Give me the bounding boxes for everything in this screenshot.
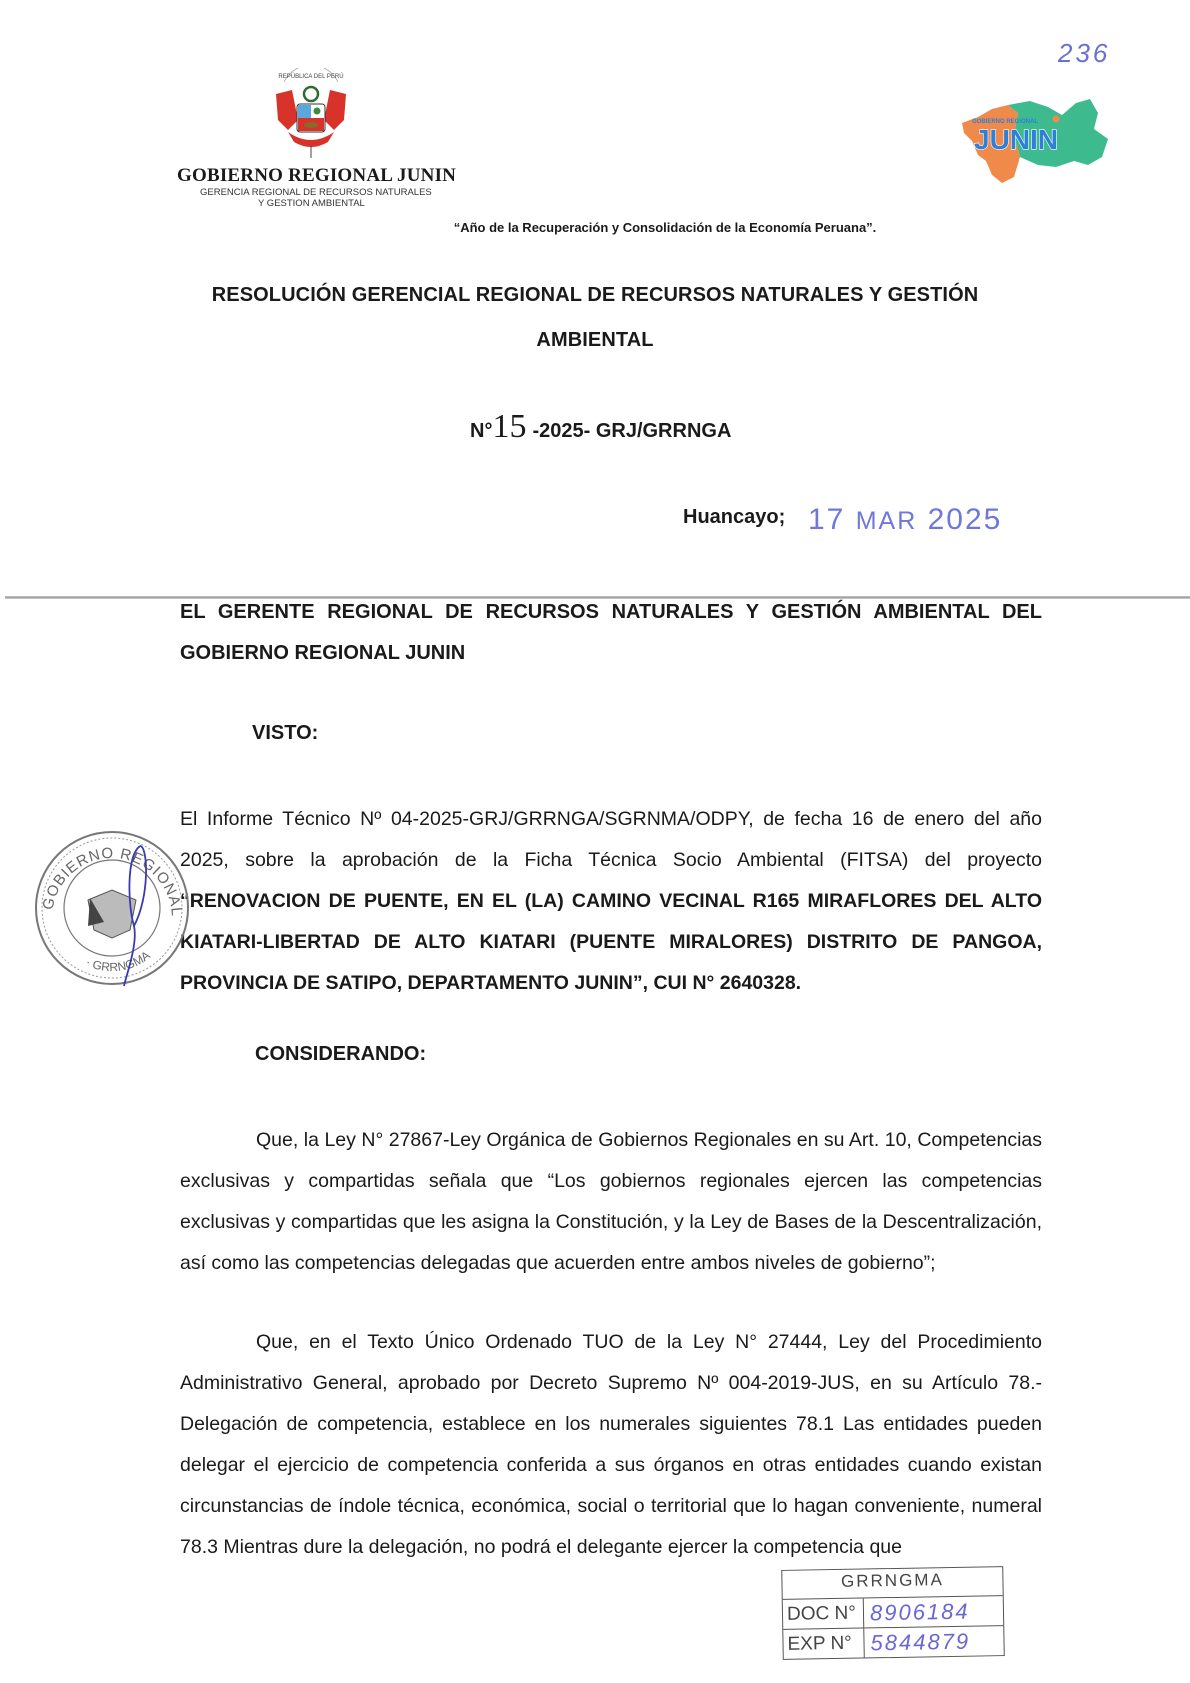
registry-exp-value: 5844879: [864, 1628, 970, 1656]
regional-seal-icon: GOBIERNO REGIONAL JUNIN · GRRNGMA: [30, 826, 194, 990]
document-title-line2: AMBIENTAL: [0, 329, 1190, 352]
considerando-paragraph: Que, en el Texto Único Ordenado TUO de l…: [180, 1322, 1042, 1568]
date-stamp: 17 MAR 2025: [808, 503, 1002, 537]
resolution-number: N°15-2025- GRJ/GRRNGA: [470, 408, 731, 446]
date-stamp-month: MAR: [856, 507, 918, 535]
department-name-line1: GERENCIA REGIONAL DE RECURSOS NATURALES: [200, 187, 432, 198]
peru-coat-of-arms-icon: REPÚBLICA DEL PERÚ: [270, 68, 352, 160]
considerando-paragraph: Que, la Ley N° 27867-Ley Orgánica de Gob…: [180, 1120, 1042, 1284]
issuing-authority-line2: GOBIERNO REGIONAL JUNIN: [180, 642, 465, 664]
department-name-line2: Y GESTION AMBIENTAL: [258, 198, 365, 209]
considerando-heading: CONSIDERANDO:: [255, 1043, 426, 1066]
svg-text:JUNIN: JUNIN: [974, 124, 1058, 155]
visto-heading: VISTO:: [252, 722, 318, 745]
junin-regional-logo-icon: GOBIERNO REGIONAL JUNIN: [958, 95, 1118, 187]
registry-exp-label: EXP N°: [783, 1629, 864, 1659]
registry-doc-row: DOC N° 8906184: [783, 1596, 1003, 1630]
year-motto: “Año de la Recuperación y Consolidación …: [0, 220, 1190, 235]
document-title-line1: RESOLUCIÓN GERENCIAL REGIONAL DE RECURSO…: [0, 284, 1190, 307]
issuing-authority-line1: EL GERENTE REGIONAL DE RECURSOS NATURALE…: [180, 592, 1042, 633]
project-name: “RENOVACION DE PUENTE, EN EL (LA) CAMINO…: [180, 890, 1042, 994]
issuing-authority: EL GERENTE REGIONAL DE RECURSOS NATURALE…: [180, 592, 1042, 674]
folio-number: 236: [1058, 38, 1110, 69]
registry-office: GRRNGMA: [782, 1567, 1002, 1600]
registry-doc-value: 8906184: [864, 1598, 970, 1626]
visto-paragraph: El Informe Técnico Nº 04-2025-GRJ/GRRNGA…: [180, 799, 1042, 1004]
resolution-number-value: 15: [492, 408, 526, 445]
place-label: Huancayo;: [683, 506, 785, 529]
registry-doc-label: DOC N°: [783, 1599, 864, 1629]
date-stamp-day: 17: [808, 503, 845, 536]
svg-text:REPÚBLICA DEL PERÚ: REPÚBLICA DEL PERÚ: [278, 73, 343, 80]
registry-stamp: GRRNGMA DOC N° 8906184 EXP N° 5844879: [781, 1566, 1005, 1660]
visto-text: El Informe Técnico Nº 04-2025-GRJ/GRRNGA…: [180, 808, 1042, 871]
institution-name: GOBIERNO REGIONAL JUNIN: [177, 165, 456, 187]
date-stamp-year: 2025: [928, 503, 1003, 536]
resolution-number-suffix: -2025- GRJ/GRRNGA: [532, 420, 731, 442]
resolution-number-prefix: N°: [470, 420, 492, 442]
registry-exp-row: EXP N° 5844879: [783, 1626, 1003, 1659]
